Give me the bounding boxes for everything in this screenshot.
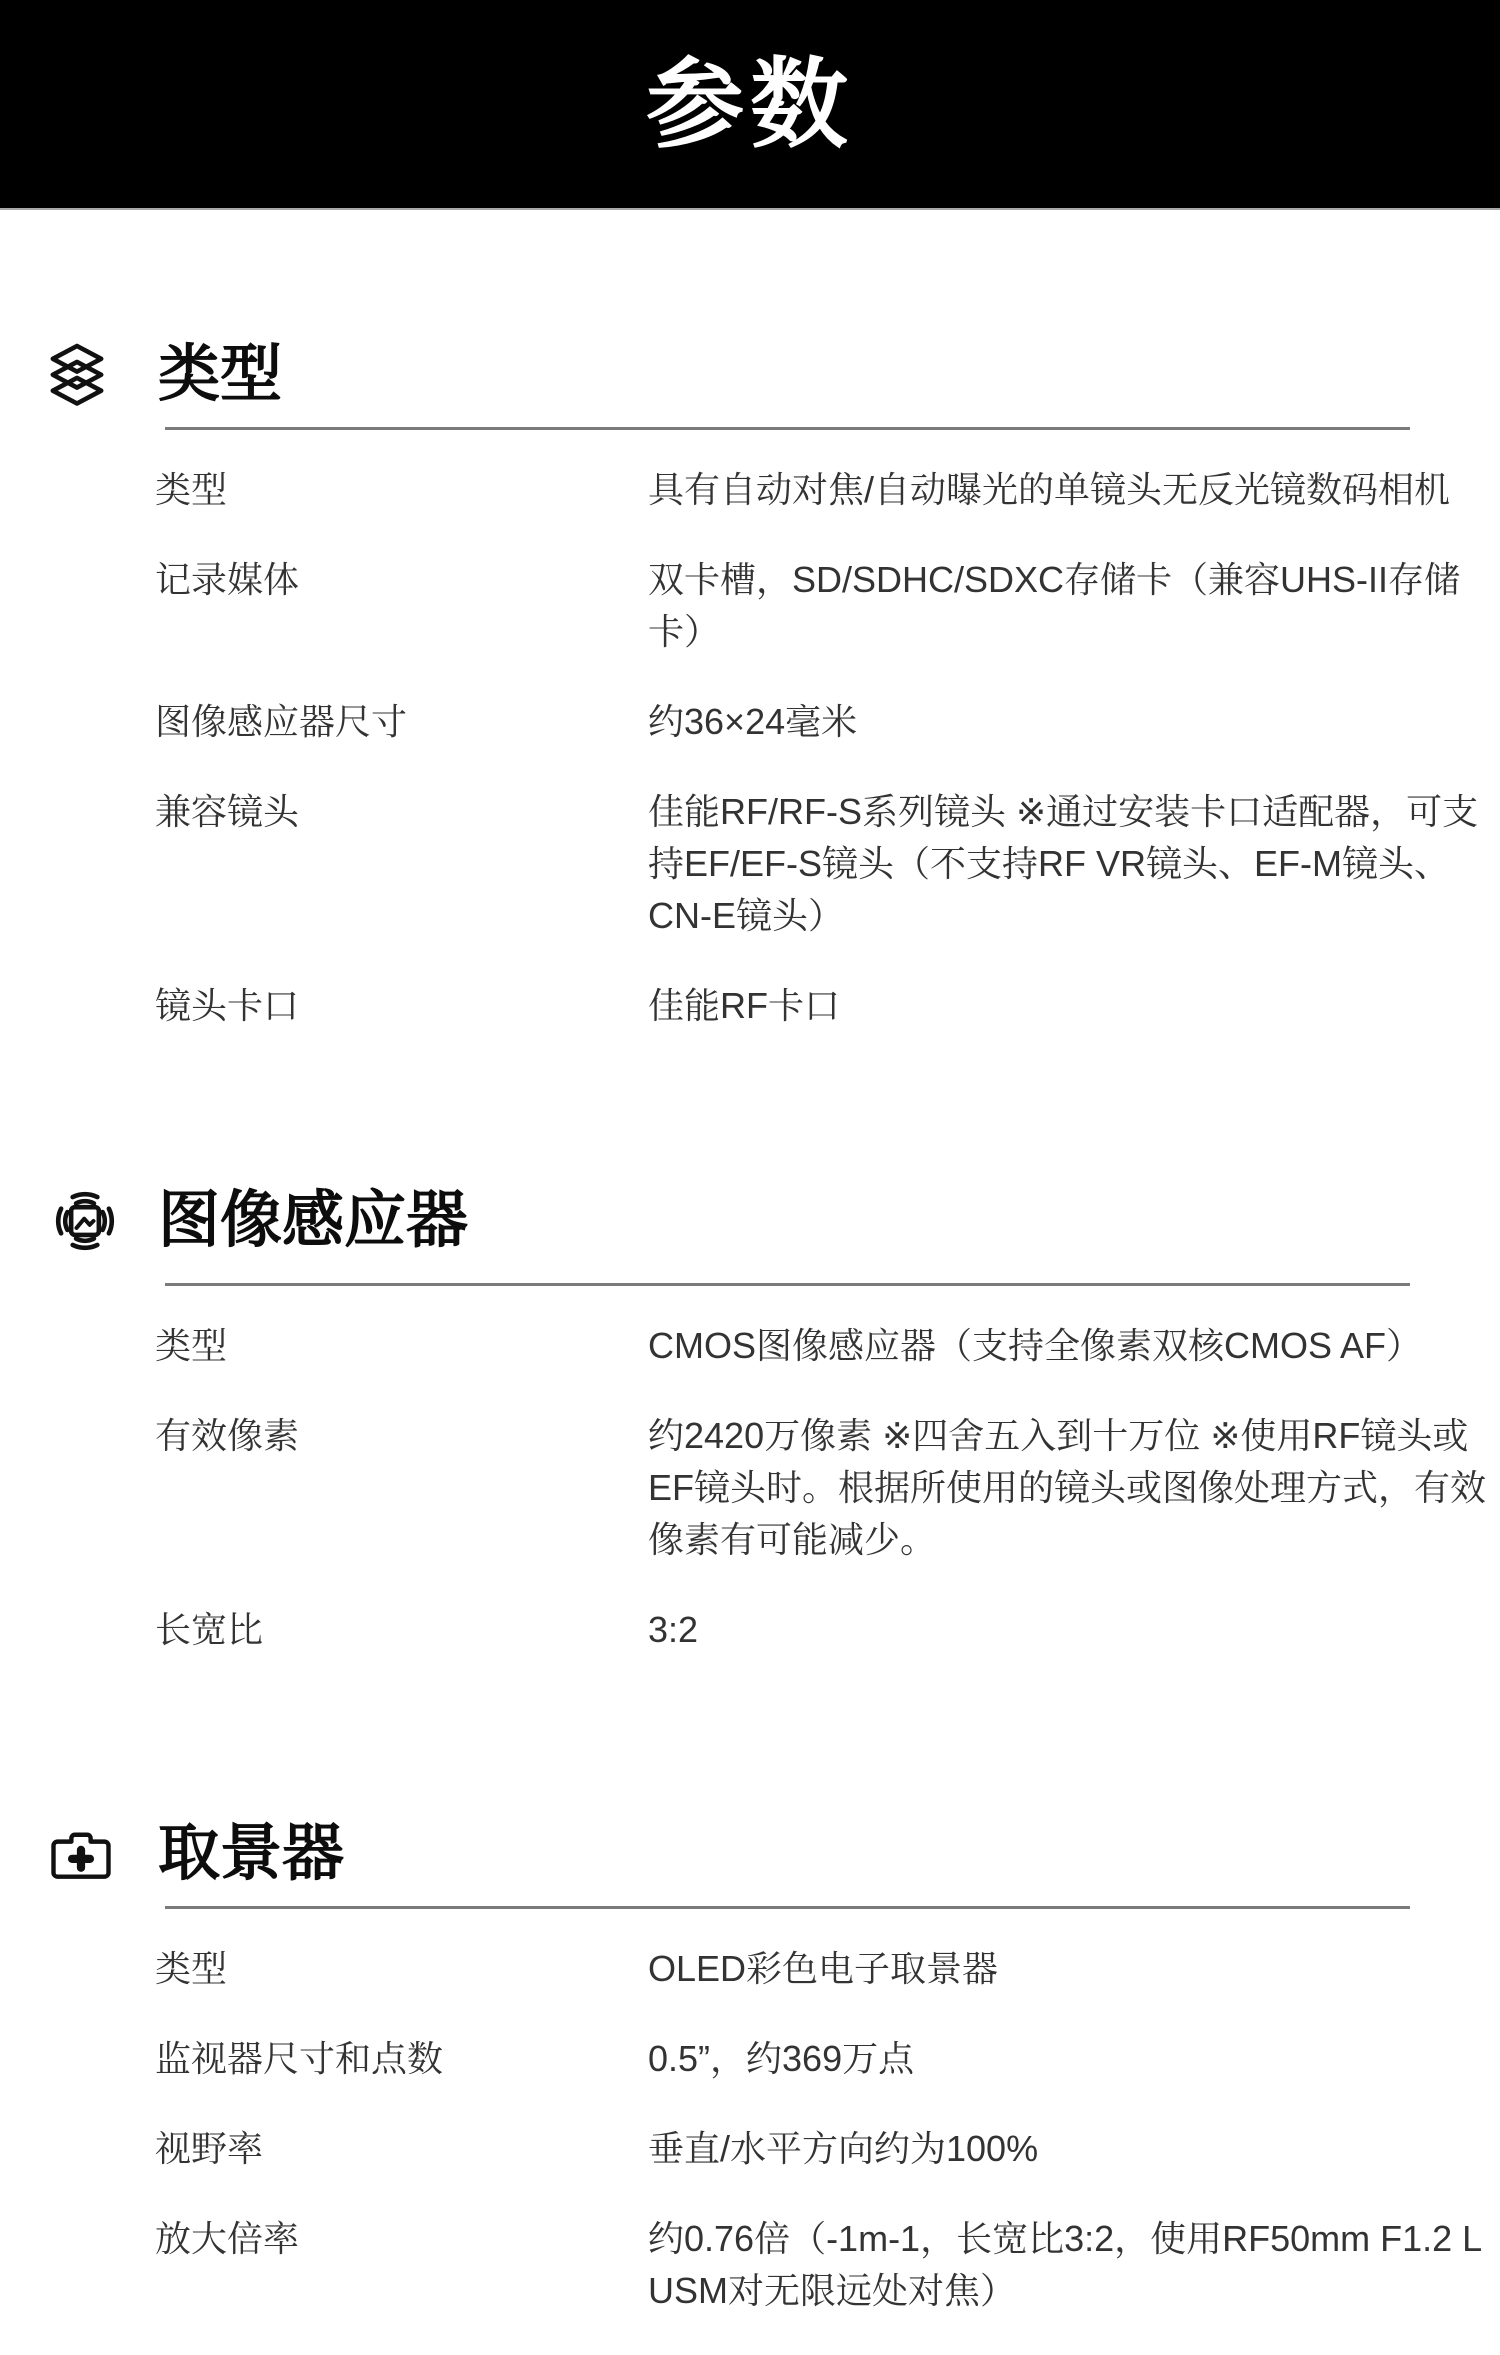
- spec-label: 有效像素: [155, 1410, 648, 1566]
- stabilized-sensor-icon: [48, 1184, 158, 1258]
- table-row: 类型 OLED彩色电子取景器: [0, 1943, 1500, 1995]
- spec-label: 图像感应器尺寸: [155, 696, 648, 748]
- section-divider: [165, 1283, 1410, 1286]
- spec-label: 类型: [155, 1943, 648, 1995]
- table-row: 类型 具有自动对焦/自动曝光的单镜头无反光镜数码相机: [0, 464, 1500, 516]
- table-row: 长宽比 3:2: [0, 1604, 1500, 1656]
- spec-label: 视野率: [155, 2123, 648, 2175]
- spec-value: 0.5”，约369万点: [648, 2033, 1495, 2085]
- table-row: 视野率 垂直/水平方向约为100%: [0, 2123, 1500, 2175]
- section-viewfinder: 取景器 类型 OLED彩色电子取景器 监视器尺寸和点数 0.5”，约369万点 …: [0, 1814, 1500, 2317]
- spec-value: OLED彩色电子取景器: [648, 1943, 1495, 1995]
- table-row: 有效像素 约2420万像素 ※四舍五入到十万位 ※使用RF镜头或EF镜头时。根据…: [0, 1410, 1500, 1566]
- table-row: 监视器尺寸和点数 0.5”，约369万点: [0, 2033, 1500, 2085]
- spec-value: 具有自动对焦/自动曝光的单镜头无反光镜数码相机: [648, 464, 1495, 516]
- section-header: 取景器: [0, 1814, 1500, 1894]
- page-title: 参数: [646, 55, 854, 153]
- spec-label: 监视器尺寸和点数: [155, 2033, 648, 2085]
- page-header: 参数: [0, 0, 1500, 210]
- spec-value: 约36×24毫米: [648, 696, 1495, 748]
- bottom-padding: [0, 2317, 1500, 2355]
- section-divider: [165, 1906, 1410, 1909]
- spec-value: 3:2: [648, 1604, 1495, 1656]
- section-image-sensor: 图像感应器 类型 CMOS图像感应器（支持全像素双核CMOS AF） 有效像素 …: [0, 1181, 1500, 1656]
- spec-rows: 类型 CMOS图像感应器（支持全像素双核CMOS AF） 有效像素 约2420万…: [0, 1320, 1500, 1656]
- spec-value: 垂直/水平方向约为100%: [648, 2123, 1495, 2175]
- camera-plus-icon: [48, 1825, 158, 1883]
- spec-label: 记录媒体: [155, 554, 648, 658]
- spec-value: 约0.76倍（-1m-1，长宽比3:2，使用RF50mm F1.2 L USM对…: [648, 2213, 1495, 2317]
- spec-rows: 类型 OLED彩色电子取景器 监视器尺寸和点数 0.5”，约369万点 视野率 …: [0, 1943, 1500, 2317]
- table-row: 类型 CMOS图像感应器（支持全像素双核CMOS AF）: [0, 1320, 1500, 1372]
- spec-rows: 类型 具有自动对焦/自动曝光的单镜头无反光镜数码相机 记录媒体 双卡槽，SD/S…: [0, 464, 1500, 1032]
- spec-label: 兼容镜头: [155, 786, 648, 942]
- table-row: 记录媒体 双卡槽，SD/SDHC/SDXC存储卡（兼容UHS-II存储卡）: [0, 554, 1500, 658]
- section-divider: [165, 427, 1410, 430]
- spec-label: 类型: [155, 464, 648, 516]
- section-header: 类型: [0, 335, 1500, 415]
- spec-label: 放大倍率: [155, 2213, 648, 2317]
- spec-label: 类型: [155, 1320, 648, 1372]
- section-type: 类型 类型 具有自动对焦/自动曝光的单镜头无反光镜数码相机 记录媒体 双卡槽，S…: [0, 335, 1500, 1032]
- layers-icon: [48, 343, 158, 407]
- section-header: 图像感应器: [0, 1181, 1500, 1261]
- spec-value: CMOS图像感应器（支持全像素双核CMOS AF）: [648, 1320, 1495, 1372]
- table-row: 镜头卡口 佳能RF卡口: [0, 980, 1500, 1032]
- section-title: 图像感应器: [158, 1181, 468, 1261]
- spec-label: 长宽比: [155, 1604, 648, 1656]
- section-title: 取景器: [158, 1814, 344, 1894]
- spec-value: 佳能RF/RF-S系列镜头 ※通过安装卡口适配器，可支持EF/EF-S镜头（不支…: [648, 786, 1495, 942]
- spec-value: 佳能RF卡口: [648, 980, 1495, 1032]
- table-row: 图像感应器尺寸 约36×24毫米: [0, 696, 1500, 748]
- spec-label: 镜头卡口: [155, 980, 648, 1032]
- table-row: 放大倍率 约0.76倍（-1m-1，长宽比3:2，使用RF50mm F1.2 L…: [0, 2213, 1500, 2317]
- section-title: 类型: [158, 335, 282, 415]
- spec-page: 参数 类型 类型 具有自动对焦/自动曝光的单镜头无反光镜数码相机 记录媒体 双卡…: [0, 0, 1500, 2355]
- spec-value: 双卡槽，SD/SDHC/SDXC存储卡（兼容UHS-II存储卡）: [648, 554, 1495, 658]
- spec-value: 约2420万像素 ※四舍五入到十万位 ※使用RF镜头或EF镜头时。根据所使用的镜…: [648, 1410, 1495, 1566]
- table-row: 兼容镜头 佳能RF/RF-S系列镜头 ※通过安装卡口适配器，可支持EF/EF-S…: [0, 786, 1500, 942]
